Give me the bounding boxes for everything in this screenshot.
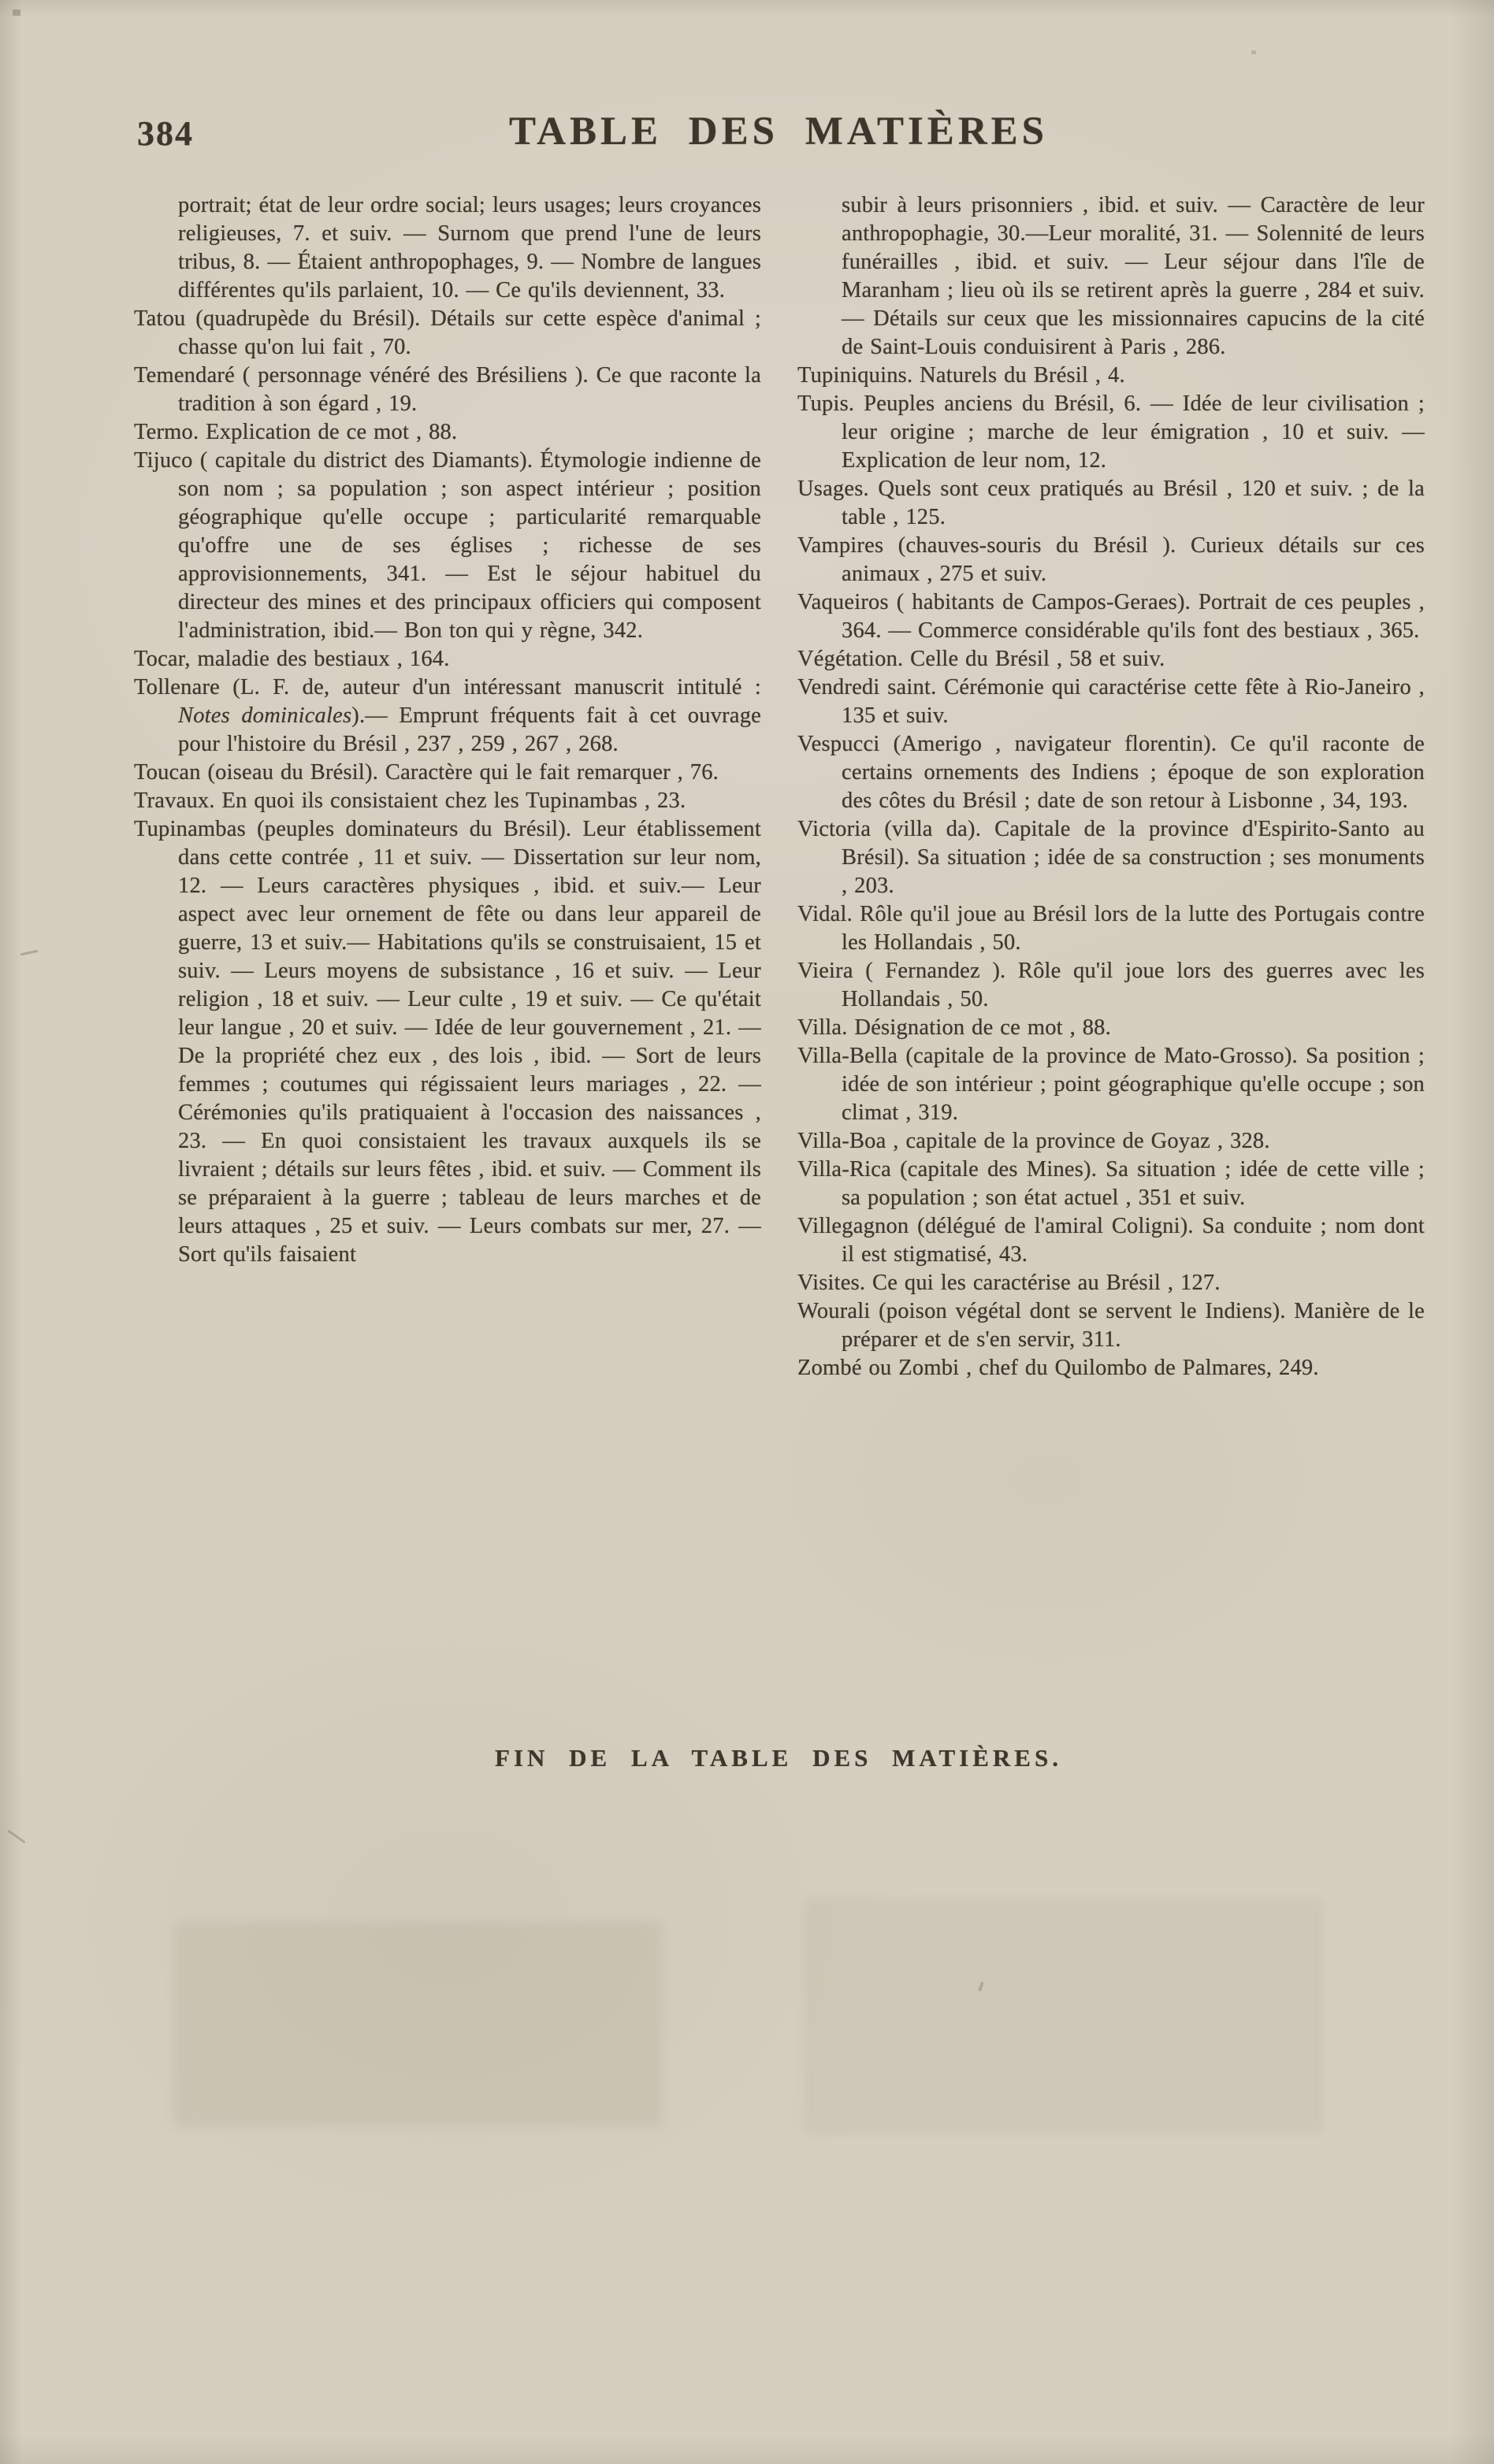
paper-speck: [1251, 50, 1256, 54]
index-columns: portrait; état de leur ordre social; leu…: [134, 191, 1425, 1382]
index-entry-text: subir à leurs prisonniers , ibid. et sui…: [842, 193, 1425, 359]
index-entry: Vieira ( Fernandez ). Rôle qu'il joue lo…: [797, 957, 1425, 1014]
index-entry-text: Vampires (chauves-souris du Brésil ). Cu…: [797, 533, 1425, 586]
index-entry: Vampires (chauves-souris du Brésil ). Cu…: [797, 532, 1425, 588]
paper-speck: [7, 1830, 25, 1843]
index-entry: Vendredi saint. Cérémonie qui caractéris…: [797, 674, 1425, 730]
footer-text: FIN DE LA TABLE DES MATIÈRES.: [134, 1744, 1423, 1772]
paper-speck: [13, 9, 20, 16]
index-entry: Toucan (oiseau du Brésil). Caractère qui…: [134, 759, 761, 787]
index-entry-continuation: portrait; état de leur ordre social; leu…: [134, 191, 761, 305]
index-entry-text: Tupiniquins. Naturels du Brésil , 4.: [797, 363, 1125, 388]
index-entry: Villa-Boa , capitale de la province de G…: [797, 1127, 1425, 1156]
index-entry: Végétation. Celle du Brésil , 58 et suiv…: [797, 645, 1425, 674]
index-entry: Tupiniquins. Naturels du Brésil , 4.: [797, 362, 1425, 390]
index-entry: Zombé ou Zombi , chef du Quilombo de Pal…: [797, 1354, 1425, 1382]
index-entry: Vespucci (Amerigo , navigateur florentin…: [797, 730, 1425, 815]
index-entry: Vaqueiros ( habitants de Campos-Geraes).…: [797, 588, 1425, 645]
index-entry-text: Toucan (oiseau du Brésil). Caractère qui…: [134, 760, 719, 785]
index-entry-text: Villa. Désignation de ce mot , 88.: [797, 1015, 1111, 1040]
index-entry: Tatou (quadrupède du Brésil). Détails su…: [134, 305, 761, 362]
page-title: TABLE DES MATIÈRES: [134, 109, 1423, 154]
index-entry-text: Visites. Ce qui les caractérise au Brési…: [797, 1271, 1221, 1295]
index-entry: Tupinambas (peuples dominateurs du Brési…: [134, 815, 761, 1269]
index-entry-text: Tijuco ( capitale du district des Diaman…: [134, 448, 761, 643]
index-entry: Wourali (poison végétal dont se servent …: [797, 1297, 1425, 1354]
paper-speck: [20, 950, 38, 956]
index-entry-text: Usages. Quels sont ceux pratiqués au Bré…: [797, 477, 1425, 529]
index-entry: Temendaré ( personnage vénéré des Brésil…: [134, 362, 761, 418]
index-entry-text: Tupis. Peuples anciens du Brésil, 6. — I…: [797, 391, 1425, 473]
index-entry-italic-text: Notes dominicales: [178, 703, 351, 728]
index-entry-text: Zombé ou Zombi , chef du Quilombo de Pal…: [797, 1356, 1319, 1380]
left-column: portrait; état de leur ordre social; leu…: [134, 191, 761, 1382]
scanned-book-page: 384 TABLE DES MATIÈRES portrait; état de…: [0, 0, 1494, 2464]
index-entry-text: Termo. Explication de ce mot , 88.: [134, 420, 457, 444]
index-entry-text: Tatou (quadrupède du Brésil). Détails su…: [134, 306, 761, 359]
index-entry: Villegagnon (délégué de l'amiral Coligni…: [797, 1212, 1425, 1269]
paper-bleedthrough: [173, 1922, 662, 2127]
index-entry: Vidal. Rôle qu'il joue au Brésil lors de…: [797, 900, 1425, 957]
index-entry: Tollenare (L. F. de, auteur d'un intéres…: [134, 674, 761, 759]
index-entry-text: Victoria (villa da). Capitale de la prov…: [797, 817, 1425, 898]
index-entry-text: Villegagnon (délégué de l'amiral Coligni…: [797, 1214, 1425, 1267]
index-entry-text: Vidal. Rôle qu'il joue au Brésil lors de…: [797, 902, 1425, 955]
index-entry-text: Villa-Bella (capitale de la province de …: [797, 1044, 1425, 1125]
index-entry-text: Villa-Rica (capitale des Mines). Sa situ…: [797, 1157, 1425, 1210]
index-entry: Victoria (villa da). Capitale de la prov…: [797, 815, 1425, 900]
index-entry-text: Vaqueiros ( habitants de Campos-Geraes).…: [797, 590, 1425, 643]
index-entry-text: Travaux. En quoi ils consistaient chez l…: [134, 789, 686, 813]
index-entry: Travaux. En quoi ils consistaient chez l…: [134, 787, 761, 815]
index-entry-text: Temendaré ( personnage vénéré des Brésil…: [134, 363, 761, 416]
index-entry: Villa-Bella (capitale de la province de …: [797, 1042, 1425, 1127]
index-entry: Tupis. Peuples anciens du Brésil, 6. — I…: [797, 390, 1425, 475]
index-entry-text: portrait; état de leur ordre social; leu…: [178, 193, 761, 302]
index-entry: Tocar, maladie des bestiaux , 164.: [134, 645, 761, 674]
index-entry-text: Vespucci (Amerigo , navigateur florentin…: [797, 732, 1425, 813]
right-column: subir à leurs prisonniers , ibid. et sui…: [797, 191, 1425, 1382]
index-entry-text: Végétation. Celle du Brésil , 58 et suiv…: [797, 647, 1165, 671]
index-entry: Villa. Désignation de ce mot , 88.: [797, 1014, 1425, 1042]
index-entry: Usages. Quels sont ceux pratiqués au Bré…: [797, 475, 1425, 532]
index-entry-text: Wourali (poison végétal dont se servent …: [797, 1299, 1425, 1352]
index-entry-text: Tollenare (L. F. de, auteur d'un intéres…: [134, 675, 761, 699]
index-entry: Visites. Ce qui les caractérise au Brési…: [797, 1269, 1425, 1297]
index-entry: Termo. Explication de ce mot , 88.: [134, 418, 761, 447]
index-entry: Tijuco ( capitale du district des Diaman…: [134, 447, 761, 645]
page-header: 384 TABLE DES MATIÈRES: [134, 109, 1423, 172]
index-entry: Villa-Rica (capitale des Mines). Sa situ…: [797, 1156, 1425, 1212]
index-entry-text: Tupinambas (peuples dominateurs du Brési…: [134, 817, 761, 1267]
index-entry-text: Vieira ( Fernandez ). Rôle qu'il joue lo…: [797, 959, 1425, 1011]
index-entry-text: Villa-Boa , capitale de la province de G…: [797, 1129, 1270, 1153]
paper-bleedthrough: [804, 1898, 1324, 2135]
index-entry-continuation: subir à leurs prisonniers , ibid. et sui…: [797, 191, 1425, 362]
index-entry-text: Tocar, maladie des bestiaux , 164.: [134, 647, 450, 671]
index-entry-text: Vendredi saint. Cérémonie qui caractéris…: [797, 675, 1425, 728]
page-number: 384: [137, 113, 194, 154]
